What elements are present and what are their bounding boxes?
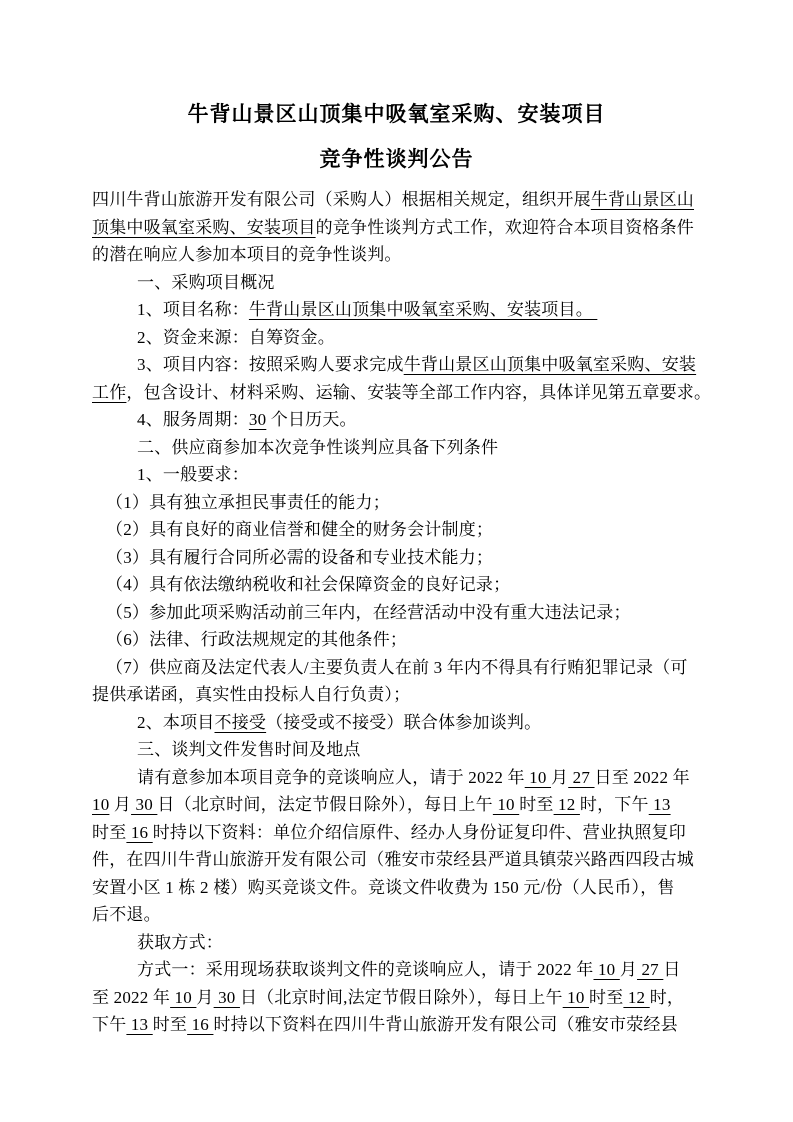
text-segment: 月 — [109, 795, 131, 814]
text-segment: 时， — [650, 988, 684, 1007]
text-line: 1、一般要求： — [92, 461, 701, 489]
text-line: （1）具有独立承担民事责任的能力； — [92, 489, 701, 517]
document-body: 四川牛背山旅游开发有限公司（采购人）根据相关规定，组织开展牛背山景区山顶集中吸氧… — [92, 186, 701, 1039]
underlined-text: 牛背山景区山顶集中吸氧室采购、安装 — [404, 355, 696, 374]
text-line: （2）具有良好的商业信誉和健全的财务会计制度； — [92, 516, 701, 544]
text-line: 2、本项目不接受（接受或不接受）联合体参加谈判。 — [92, 709, 701, 737]
text-segment: 时，下午 — [580, 795, 649, 814]
text-segment: ，包含设计、材料采购、运输、安装等全部工作内容，具体详见第五章要求。 — [126, 383, 711, 402]
underlined-text: 27 — [568, 768, 594, 787]
text-segment: （4）具有依法缴纳税收和社会保障资金的良好记录； — [106, 575, 510, 594]
text-segment: 一、采购项目概况 — [137, 273, 275, 292]
underlined-text: 牛背山景区山 — [591, 190, 694, 209]
text-line: 至 2022 年 10 月 30 日（北京时间,法定节假日除外），每日上午 10… — [92, 984, 701, 1012]
text-segment: 时至 — [153, 1015, 187, 1034]
text-segment: 时至 — [92, 823, 126, 842]
text-segment: 日至 2022 年 — [595, 768, 690, 787]
text-line: 三、谈判文件发售时间及地点 — [92, 736, 701, 764]
underlined-text: 12 — [623, 988, 649, 1007]
text-segment: 三、谈判文件发售时间及地点 — [137, 740, 361, 759]
underlined-text: 不接受 — [215, 713, 267, 732]
text-segment: （3）具有履行合同所必需的设备和专业技术能力； — [106, 548, 493, 567]
text-line: （6）法律、行政法规规定的其他条件； — [92, 626, 701, 654]
underlined-text: 10 — [493, 795, 519, 814]
text-segment: 下午 — [92, 1015, 126, 1034]
text-line: 安置小区 1 栋 2 楼）购买竞谈文件。竞谈文件收费为 150 元/份（人民币）… — [92, 874, 701, 902]
text-segment: 月 — [551, 768, 568, 787]
underlined-text: 16 — [187, 1015, 213, 1034]
text-line: 件，在四川牛背山旅游开发有限公司（雅安市荥经县严道具镇荥兴路西四段古城 — [92, 846, 701, 874]
text-line: 提供承诺函，真实性由投标人自行负责）； — [92, 681, 701, 709]
underlined-text: 13 — [649, 795, 671, 814]
text-line: 时至 16 时持以下资料：单位介绍信原件、经办人身份证复印件、营业执照复印 — [92, 819, 701, 847]
text-segment: 4、服务周期： — [137, 410, 249, 429]
text-segment: 1、项目名称： — [137, 300, 249, 319]
text-line: （3）具有履行合同所必需的设备和专业技术能力； — [92, 544, 701, 572]
text-line: 后不退。 — [92, 901, 701, 929]
text-segment: 时持以下资料：单位介绍信原件、经办人身份证复印件、营业执照复印 — [153, 823, 686, 842]
text-segment: （接受或不接受）联合体参加谈判。 — [266, 713, 541, 732]
text-segment: 的潜在响应人参加本项目的竞争性谈判。 — [92, 245, 402, 264]
text-line: 方式一：采用现场获取谈判文件的竞谈响应人，请于 2022 年 10 月 27 日 — [92, 956, 701, 984]
text-segment: 3、项目内容：按照采购人要求完成 — [137, 355, 404, 374]
text-line: 获取方式： — [92, 929, 701, 957]
document-content: 牛背山景区山顶集中吸氧室采购、安装项目 竞争性谈判公告 四川牛背山旅游开发有限公… — [92, 101, 701, 1039]
underlined-text: 10 — [563, 988, 589, 1007]
underlined-text: 工作 — [92, 383, 126, 402]
text-segment: 方式一：采用现场获取谈判文件的竞谈响应人，请于 2022 年 — [137, 960, 594, 979]
text-line: 四川牛背山旅游开发有限公司（采购人）根据相关规定，组织开展牛背山景区山 — [92, 186, 701, 214]
underlined-text: 12 — [554, 795, 580, 814]
text-line: 1、项目名称：牛背山景区山顶集中吸氧室采购、安装项目。 — [92, 296, 701, 324]
text-segment: （7）供应商及法定代表人/主要负责人在前 3 年内不得具有行贿犯罪记录（可 — [106, 658, 688, 677]
text-segment: 时持以下资料在四川牛背山旅游开发有限公司（雅安市荥经县 — [213, 1015, 677, 1034]
text-segment: 个日历天。 — [266, 410, 356, 429]
text-segment: 2、本项目 — [137, 713, 215, 732]
text-segment: 提供承诺函，真实性由投标人自行负责）； — [92, 685, 410, 704]
text-line: 一、采购项目概况 — [92, 269, 701, 297]
underlined-text: 10 — [594, 960, 620, 979]
document-page: 牛背山景区山顶集中吸氧室采购、安装项目 竞争性谈判公告 四川牛背山旅游开发有限公… — [0, 0, 793, 1122]
text-segment: （5）参加此项采购活动前三年内，在经营活动中没有重大违法记录； — [106, 603, 631, 622]
text-segment: 时至 — [519, 795, 553, 814]
text-line: 3、项目内容：按照采购人要求完成牛背山景区山顶集中吸氧室采购、安装 — [92, 351, 701, 379]
text-segment: 请有意参加本项目竞争的竞谈响应人，请于 2022 年 — [137, 768, 525, 787]
underlined-text: 30 — [249, 410, 266, 429]
text-line: 的潜在响应人参加本项目的竞争性谈判。 — [92, 241, 701, 269]
text-segment: 件，在四川牛背山旅游开发有限公司（雅安市荥经县严道具镇荥兴路西四段古城 — [92, 850, 694, 869]
text-segment: 日 — [663, 960, 680, 979]
text-segment: （6）法律、行政法规规定的其他条件； — [106, 630, 407, 649]
text-line: 4、服务周期：30 个日历天。 — [92, 406, 701, 434]
text-segment: 月 — [196, 988, 213, 1007]
text-segment: 的竞争性谈判方式工作，欢迎符合本项目资格条件 — [316, 218, 694, 237]
text-line: 下午 13 时至 16 时持以下资料在四川牛背山旅游开发有限公司（雅安市荥经县 — [92, 1011, 701, 1039]
text-segment: 后不退。 — [92, 905, 161, 924]
text-line: 工作，包含设计、材料采购、运输、安装等全部工作内容，具体详见第五章要求。 — [92, 379, 701, 407]
underlined-text: 10 — [170, 988, 196, 1007]
text-line: 2、资金来源：自筹资金。 — [92, 324, 701, 352]
text-line: （5）参加此项采购活动前三年内，在经营活动中没有重大违法记录； — [92, 599, 701, 627]
document-title: 牛背山景区山顶集中吸氧室采购、安装项目 — [92, 101, 701, 127]
text-line: 二、供应商参加本次竞争性谈判应具备下列条件 — [92, 434, 701, 462]
underlined-text: 30 — [131, 795, 157, 814]
text-segment: 月 — [620, 960, 637, 979]
document-subtitle: 竞争性谈判公告 — [92, 146, 701, 172]
text-segment: 四川牛背山旅游开发有限公司（采购人）根据相关规定，组织开展 — [92, 190, 591, 209]
text-segment: 安置小区 1 栋 2 楼）购买竞谈文件。竞谈文件收费为 150 元/份（人民币）… — [92, 878, 675, 897]
underlined-text: 10 — [525, 768, 551, 787]
underlined-text: 16 — [126, 823, 152, 842]
text-segment: 二、供应商参加本次竞争性谈判应具备下列条件 — [137, 438, 498, 457]
text-line: 请有意参加本项目竞争的竞谈响应人，请于 2022 年 10 月 27 日至 20… — [92, 764, 701, 792]
underlined-text: 10 — [92, 795, 109, 814]
underlined-text: 13 — [126, 1015, 152, 1034]
text-segment: 2、资金来源：自筹资金。 — [137, 328, 335, 347]
underlined-text: 牛背山景区山顶集中吸氧室采购、安装项目。 — [249, 300, 597, 319]
text-segment: 时至 — [589, 988, 623, 1007]
text-segment: 日（北京时间,法定节假日除外），每日上午 — [240, 988, 563, 1007]
underlined-text: 30 — [214, 988, 240, 1007]
text-segment: （1）具有独立承担民事责任的能力； — [106, 493, 390, 512]
text-line: （4）具有依法缴纳税收和社会保障资金的良好记录； — [92, 571, 701, 599]
text-segment: 1、一般要求： — [137, 465, 249, 484]
underlined-text: 顶集中吸氧室采购、安装项目 — [92, 218, 316, 237]
text-segment: 日（北京时间，法定节假日除外），每日上午 — [157, 795, 493, 814]
text-segment: 至 2022 年 — [92, 988, 170, 1007]
text-segment: 获取方式： — [137, 933, 223, 952]
text-line: （7）供应商及法定代表人/主要负责人在前 3 年内不得具有行贿犯罪记录（可 — [92, 654, 701, 682]
underlined-text: 27 — [637, 960, 663, 979]
text-line: 顶集中吸氧室采购、安装项目的竞争性谈判方式工作，欢迎符合本项目资格条件 — [92, 214, 701, 242]
text-line: 10 月 30 日（北京时间，法定节假日除外），每日上午 10 时至 12 时，… — [92, 791, 701, 819]
text-segment: （2）具有良好的商业信誉和健全的财务会计制度； — [106, 520, 493, 539]
